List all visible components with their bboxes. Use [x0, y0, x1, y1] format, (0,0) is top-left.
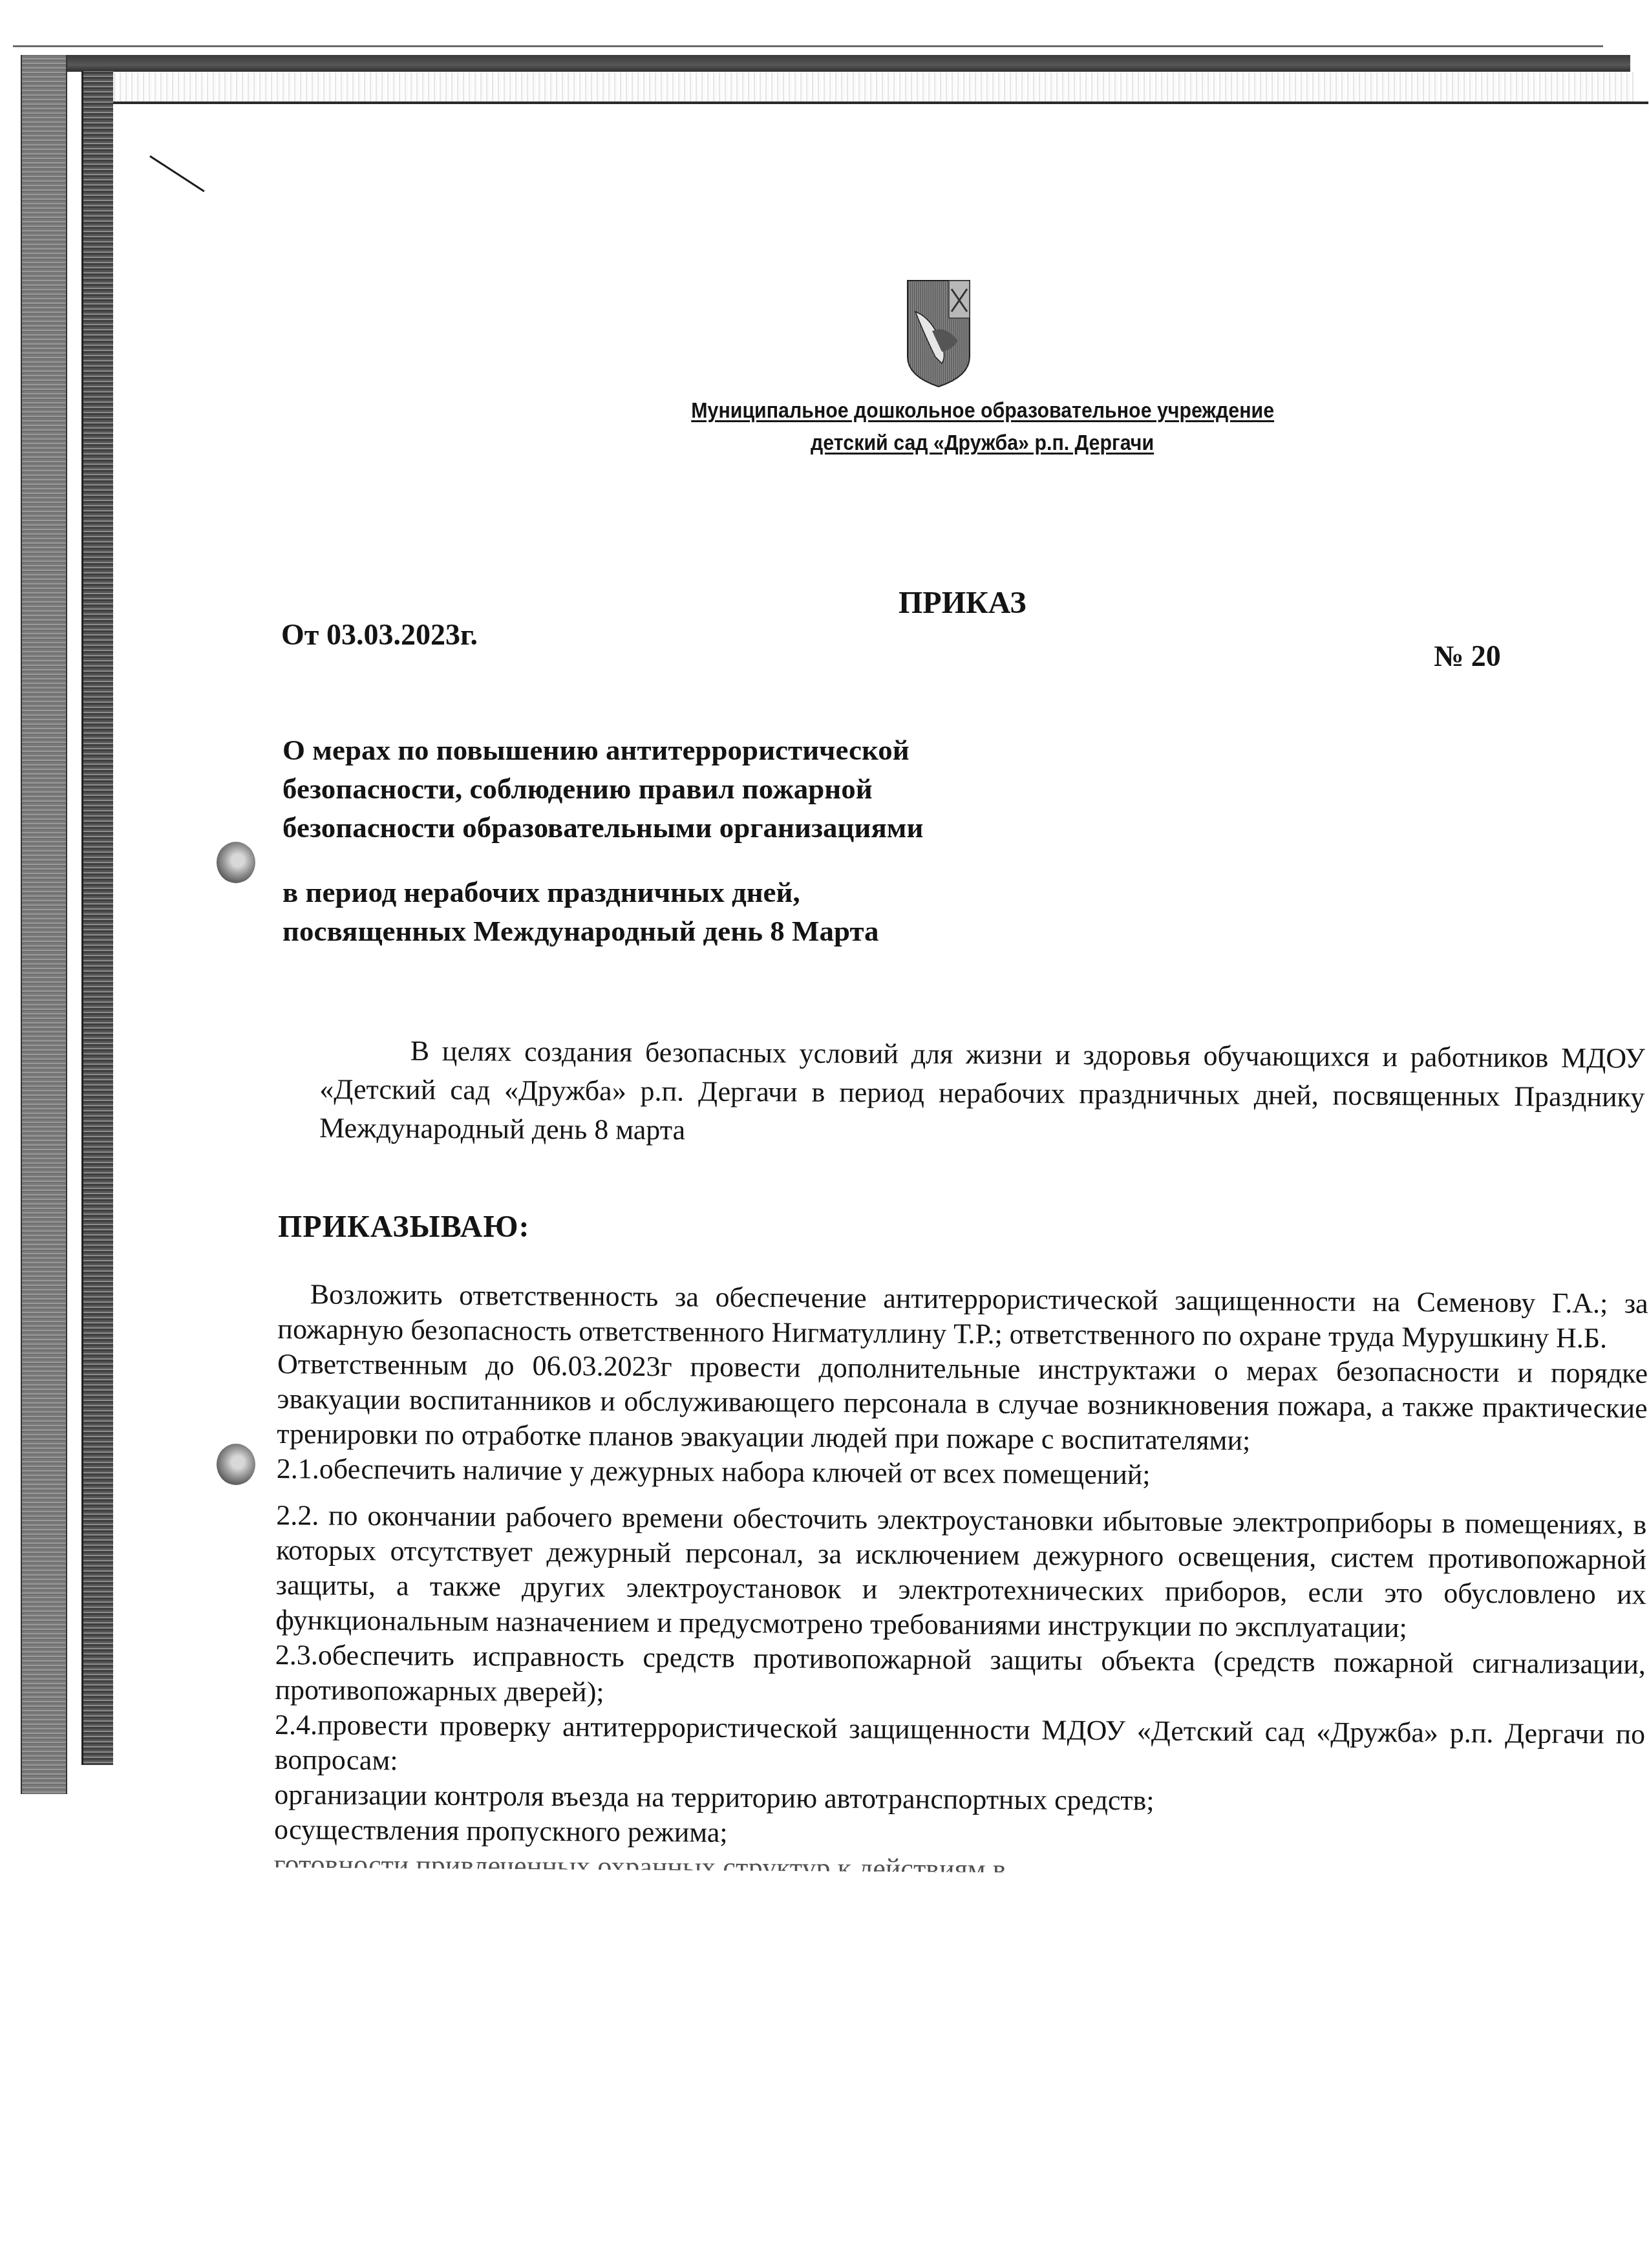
order-date: От 03.03.2023г.	[281, 617, 478, 652]
subject-line: безопасности образовательными организаци…	[282, 808, 923, 847]
scan-frame-top-inner	[83, 72, 1634, 103]
coat-of-arms-icon	[906, 279, 971, 388]
order-body: Возложить ответственность за обеспечение…	[273, 1277, 1648, 1892]
subject-line: безопасности, соблюдению правил пожарной	[282, 769, 923, 808]
subject-line: посвященных Международный день 8 Марта	[282, 912, 923, 950]
scan-frame-left	[21, 55, 67, 1794]
order-number: № 20	[1434, 639, 1501, 673]
preamble: В целях создания безопасных условий для …	[319, 1031, 1645, 1156]
order-item-2-4: 2.4.провести проверку антитеррористическ…	[275, 1707, 1646, 1787]
scan-frame-top	[21, 55, 1630, 72]
organization-header: Муниципальное дошкольное образовательное…	[601, 394, 1364, 459]
punch-hole-icon	[217, 1444, 255, 1485]
order-item-1: Возложить ответственность за обеспечение…	[277, 1277, 1648, 1356]
subject-line: в период нерабочих праздничных дней,	[282, 873, 923, 912]
subject-line: О мерах по повышению антитеррористическо…	[282, 731, 923, 769]
order-directive-heading: ПРИКАЗЫВАЮ:	[278, 1209, 529, 1245]
scan-frame-rule	[110, 102, 1648, 104]
order-item-2-2: 2.2. по окончании рабочего времени обест…	[275, 1498, 1646, 1647]
organization-name-line1: Муниципальное дошкольное образовательное…	[691, 394, 1274, 427]
order-item-2: Ответственным до 06.03.2023г провести до…	[277, 1347, 1648, 1461]
pen-mark	[149, 155, 205, 192]
order-item-2-3: 2.3.обеспечить исправность средств проти…	[275, 1638, 1646, 1717]
order-subject: О мерах по повышению антитеррористическо…	[282, 731, 923, 950]
scan-edge-line	[13, 45, 1603, 47]
punch-hole-icon	[217, 842, 255, 883]
document-title: ПРИКАЗ	[899, 585, 1027, 621]
preamble-text: В целях создания безопасных условий для …	[319, 1031, 1645, 1156]
scan-frame-left-inner	[81, 71, 113, 1765]
organization-name-line2: детский сад «Дружба» р.п. Дергачи	[811, 427, 1154, 459]
